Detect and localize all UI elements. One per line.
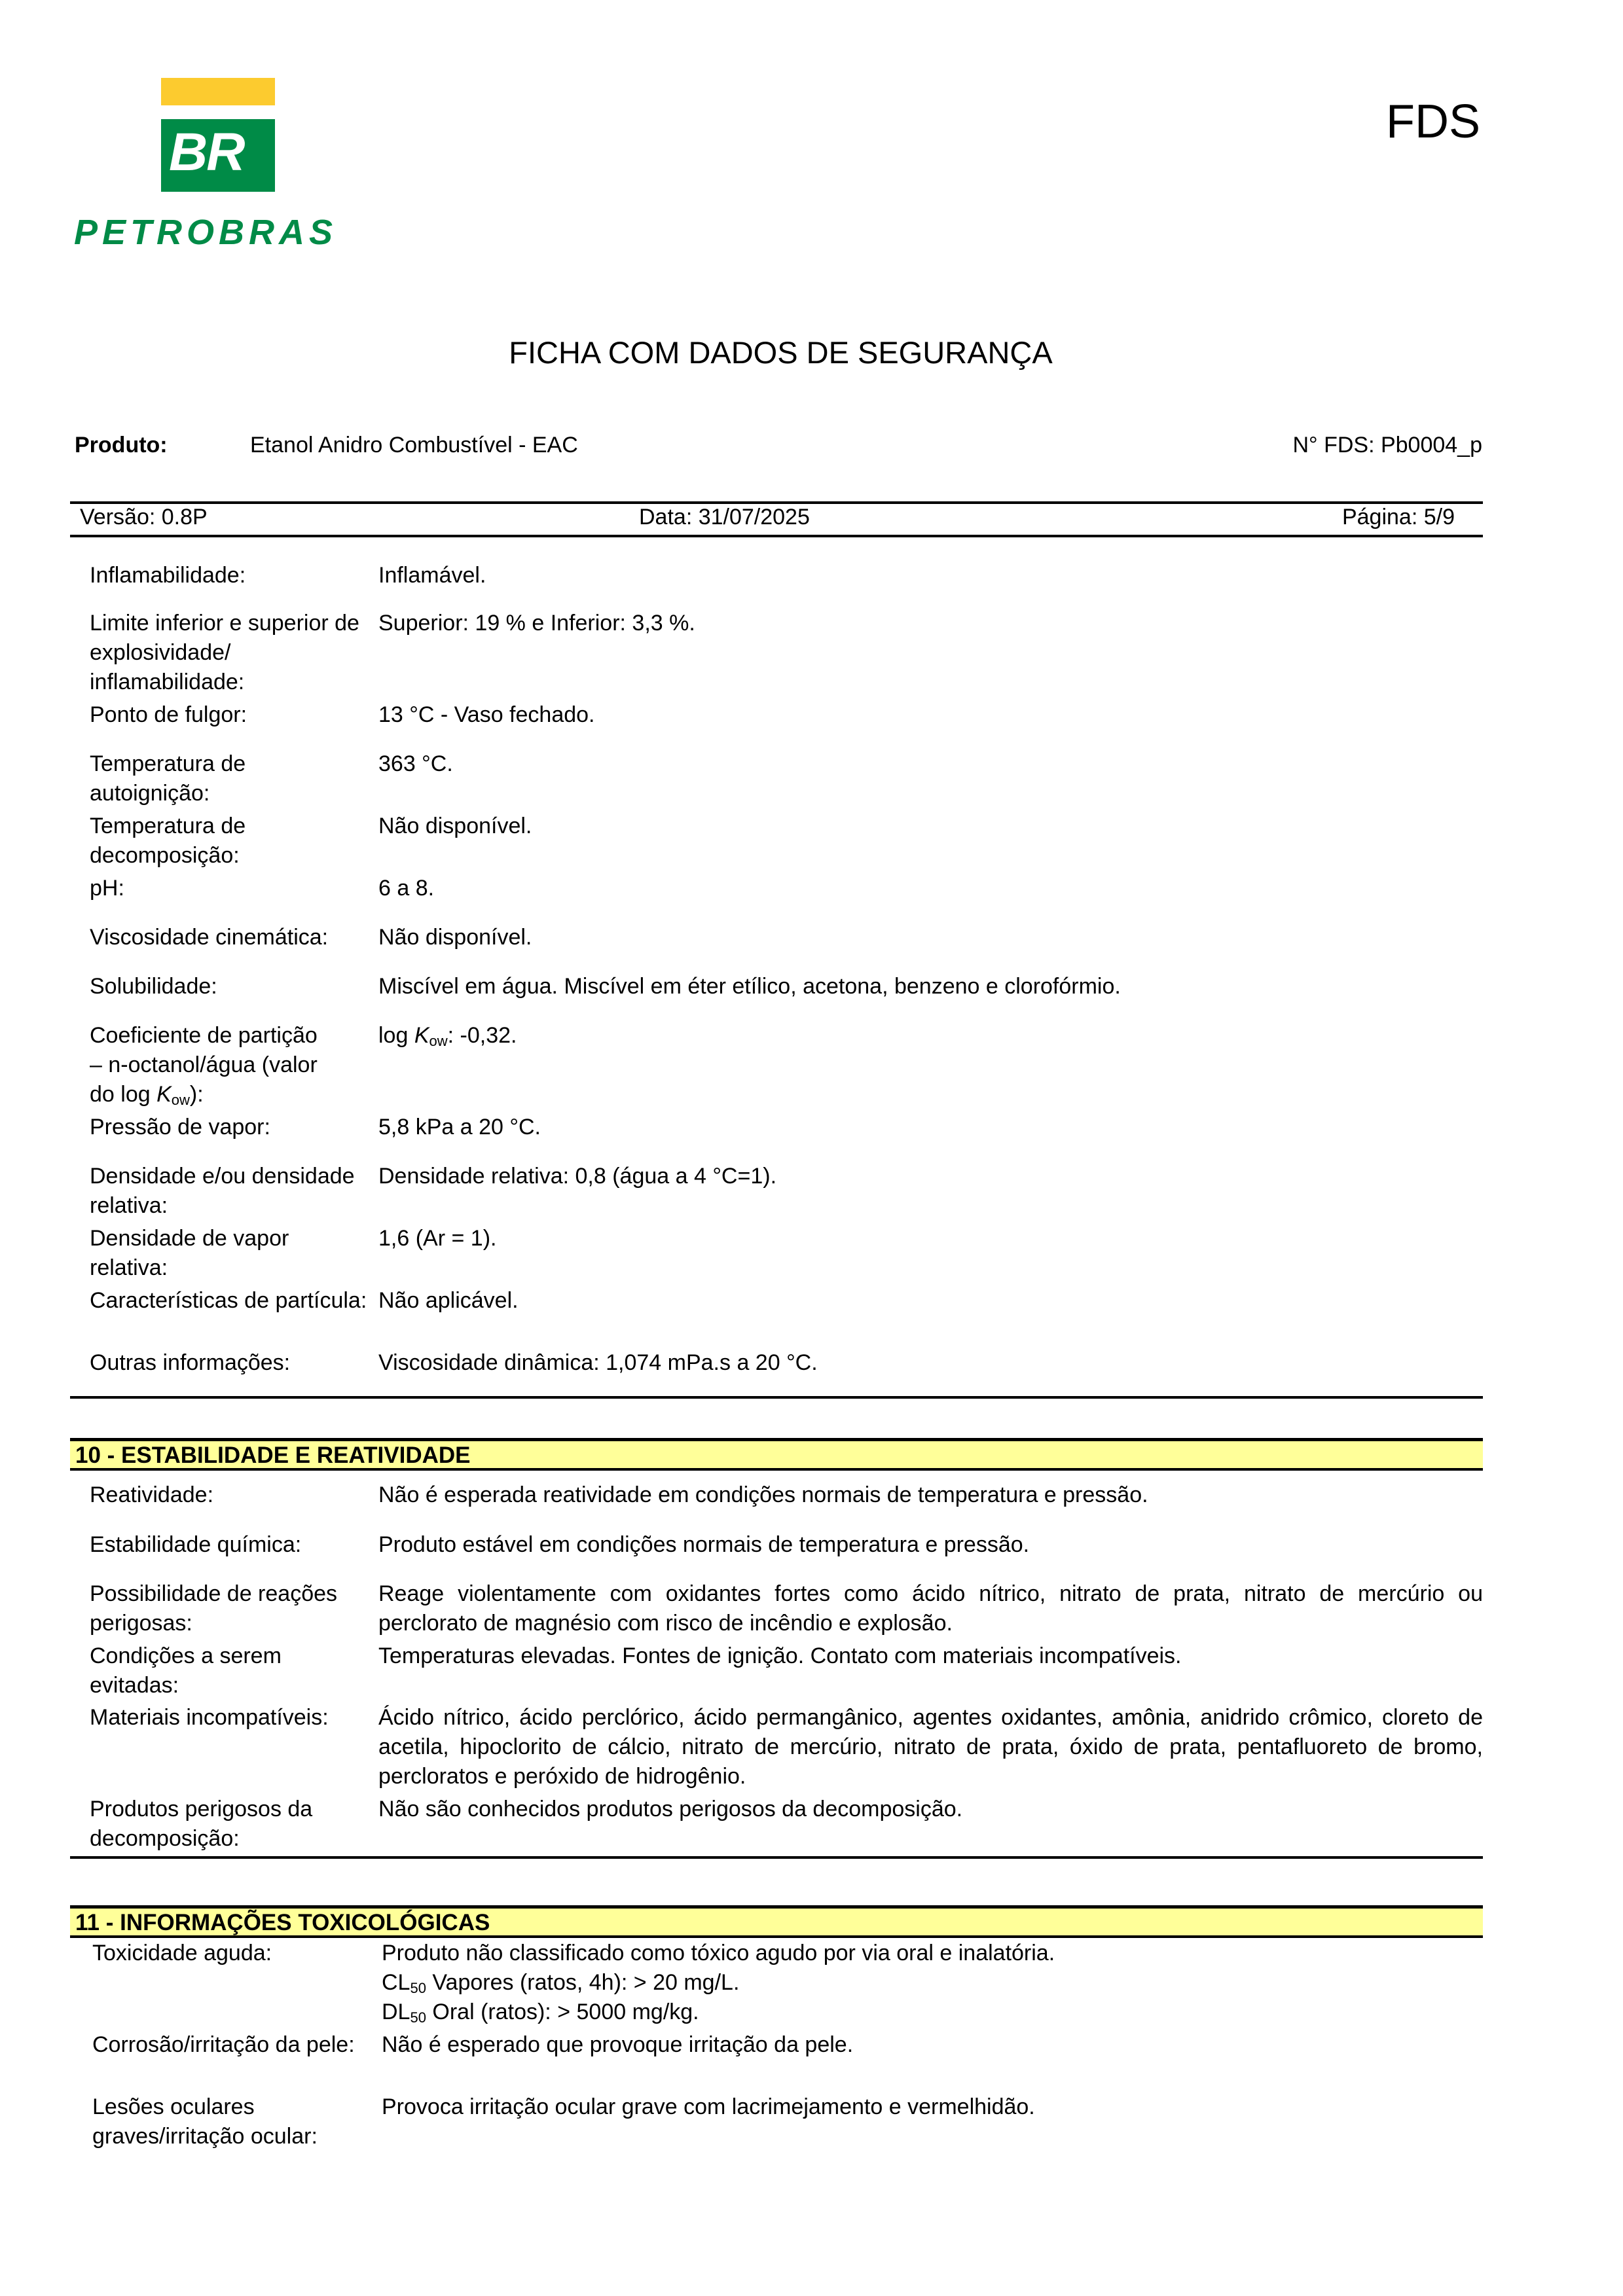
property-value: Não é esperada reatividade em condições … xyxy=(378,1480,1483,1510)
petrobras-logo-br-box: BR xyxy=(161,119,275,192)
divider xyxy=(70,1856,1483,1859)
property-label: Outras informações: xyxy=(90,1348,371,1378)
petrobras-wordmark: PETROBRAS xyxy=(74,215,337,250)
property-label: Pressão de vapor: xyxy=(90,1113,371,1142)
property-label: Temperatura de autoignição: xyxy=(90,749,371,808)
divider xyxy=(70,1396,1483,1399)
property-value: Produto estável em condições normais de … xyxy=(378,1530,1483,1560)
property-value: Não são conhecidos produtos perigosos da… xyxy=(378,1795,1483,1824)
property-value: Não disponível. xyxy=(378,923,1483,952)
property-label: Solubilidade: xyxy=(90,972,371,1001)
property-value: 13 °C - Vaso fechado. xyxy=(378,700,1483,730)
property-label: Toxicidade aguda: xyxy=(92,1939,374,1968)
property-label: Condições a serem evitadas: xyxy=(90,1641,371,1700)
property-label: pH: xyxy=(90,874,371,903)
property-value: Ácido nítrico, ácido perclórico, ácido p… xyxy=(378,1703,1483,1791)
property-value: 1,6 (Ar = 1). xyxy=(378,1224,1483,1253)
property-value: 363 °C. xyxy=(378,749,1483,779)
property-label: Estabilidade química: xyxy=(90,1530,371,1560)
property-label: Densidade de vapor relativa: xyxy=(90,1224,371,1283)
property-label: Reatividade: xyxy=(90,1480,371,1510)
property-label: Coeficiente de partição– n-octanol/água … xyxy=(90,1021,371,1109)
property-label: Densidade e/ou densidade relativa: xyxy=(90,1162,371,1221)
section-10-title: 10 - ESTABILIDADE E REATIVIDADE xyxy=(75,1443,471,1469)
property-value: Viscosidade dinâmica: 1,074 mPa.s a 20 °… xyxy=(378,1348,1483,1378)
property-value: Superior: 19 % e Inferior: 3,3 %. xyxy=(378,609,1483,638)
property-label: Possibilidade de reações perigosas: xyxy=(90,1579,371,1638)
property-value: Não disponível. xyxy=(378,812,1483,841)
property-value: 6 a 8. xyxy=(378,874,1483,903)
section-11-header: 11 - INFORMAÇÕES TOXICOLÓGICAS xyxy=(70,1905,1483,1938)
property-value: Produto não classificado como tóxico agu… xyxy=(382,1939,1486,2027)
property-value: Não aplicável. xyxy=(378,1286,1483,1316)
section-10-header: 10 - ESTABILIDADE E REATIVIDADE xyxy=(70,1438,1483,1471)
property-value: Não é esperado que provoque irritação da… xyxy=(382,2030,1486,2060)
property-value: Miscível em água. Miscível em éter etíli… xyxy=(378,972,1483,1001)
property-label: Inflamabilidade: xyxy=(90,561,371,590)
fds-number: N° FDS: Pb0004_p xyxy=(1292,434,1482,456)
doc-type-label: FDS xyxy=(1386,98,1480,145)
product-name: Etanol Anidro Combustível - EAC xyxy=(250,434,578,456)
date: Data: 31/07/2025 xyxy=(639,506,810,528)
br-logo-icon: BR xyxy=(169,126,244,179)
product-label: Produto: xyxy=(75,434,168,456)
property-value: Inflamável. xyxy=(378,561,1483,590)
property-label: Viscosidade cinemática: xyxy=(90,923,371,952)
divider xyxy=(70,501,1483,504)
property-label: Ponto de fulgor: xyxy=(90,700,371,730)
version: Versão: 0.8P xyxy=(80,506,208,528)
property-value: Temperaturas elevadas. Fontes de ignição… xyxy=(378,1641,1483,1671)
property-value: 5,8 kPa a 20 °C. xyxy=(378,1113,1483,1142)
petrobras-logo-yellow-bar xyxy=(161,78,275,105)
property-label: Características de partícula: xyxy=(90,1286,371,1316)
property-label: Materiais incompatíveis: xyxy=(90,1703,371,1732)
property-label: Temperatura de decomposição: xyxy=(90,812,371,870)
property-label: Produtos perigosos da decomposição: xyxy=(90,1795,371,1854)
property-label: Lesões oculares graves/irritação ocular: xyxy=(92,2092,374,2151)
property-value: Densidade relativa: 0,8 (água a 4 °C=1). xyxy=(378,1162,1483,1191)
divider xyxy=(70,535,1483,537)
section-11-title: 11 - INFORMAÇÕES TOXICOLÓGICAS xyxy=(75,1910,490,1936)
page-number: Página: 5/9 xyxy=(1342,506,1455,528)
property-value: Reage violentamente com oxidantes fortes… xyxy=(378,1579,1483,1638)
property-value: log Kow: -0,32. xyxy=(378,1021,1483,1050)
property-label: Limite inferior e superior de explosivid… xyxy=(90,609,371,697)
page-title: FICHA COM DADOS DE SEGURANÇA xyxy=(0,337,1561,368)
property-label: Corrosão/irritação da pele: xyxy=(92,2030,374,2060)
property-value: Provoca irritação ocular grave com lacri… xyxy=(382,2092,1486,2122)
